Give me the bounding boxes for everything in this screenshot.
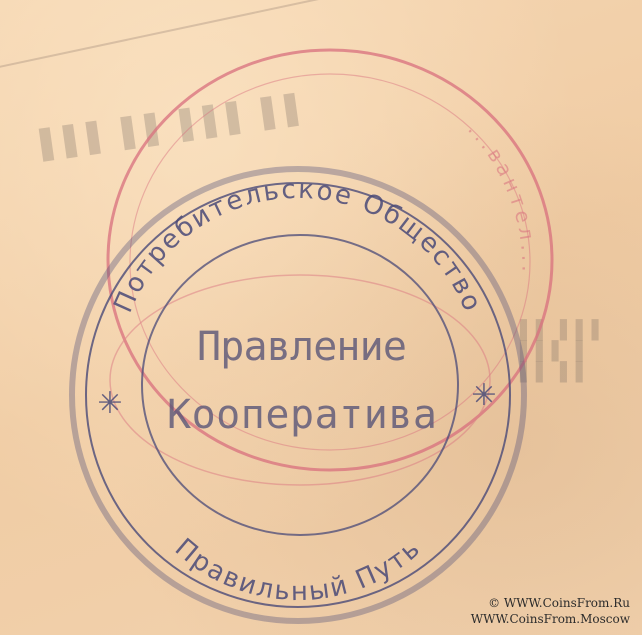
stamps-layer: ...вантел... Потребительское Общество Пр… xyxy=(0,0,642,635)
watermark-line2: WWW.CoinsFrom.Moscow xyxy=(471,611,630,627)
watermark-line1: © WWW.CoinsFrom.Ru xyxy=(471,595,630,611)
watermark: © WWW.CoinsFrom.Ru WWW.CoinsFrom.Moscow xyxy=(471,595,630,627)
seal-center-line1: Правление xyxy=(197,324,407,370)
seal-center-line2: Кооператива xyxy=(167,392,437,438)
seal-star-right-icon: ✳ xyxy=(471,378,496,413)
seal-bottom-text: Правильный Путь xyxy=(169,533,427,607)
seal-top-text: Потребительское Общество xyxy=(108,175,487,317)
seal-star-left-icon: ✳ xyxy=(97,386,122,421)
